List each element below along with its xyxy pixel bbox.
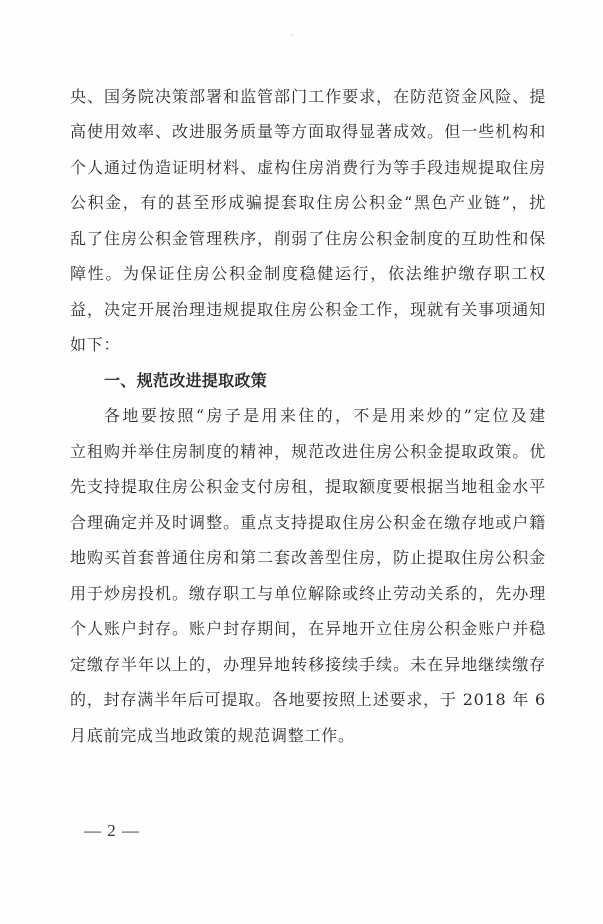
paragraph-line: 益，决定开展治理违规提取住房公积金工作，现就有关事项通知 (70, 298, 546, 322)
paragraph-line-indented: 各地要按照“房子是用来住的，不是用来炒的”定位及建 (104, 404, 546, 428)
scan-speck (291, 34, 293, 36)
paragraph-line: 障性。为保证住房公积金制度稳健运行，依法维护缴存职工权 (70, 262, 546, 286)
paragraph-line: 月底前完成当地政策的规范调整工作。 (70, 724, 546, 748)
paragraph-line: 高使用效率、改进服务质量等方面取得显著成效。但一些机构和 (70, 120, 546, 144)
paragraph-line: 央、国务院决策部署和监管部门工作要求，在防范资金风险、提 (70, 85, 546, 109)
paragraph-line: 公积金，有的甚至形成骗提套取住房公积金“黑色产业链”，扰 (70, 191, 546, 215)
paragraph-line: 立租购并举住房制度的精神，规范改进住房公积金提取政策。优 (70, 440, 546, 464)
paragraph-line: 乱了住房公积金管理秩序，削弱了住房公积金制度的互助性和保 (70, 227, 546, 251)
paragraph-line: 的，封存满半年后可提取。各地要按照上述要求，于 2018 年 6 (70, 688, 546, 712)
document-page: 央、国务院决策部署和监管部门工作要求，在防范资金风险、提 高使用效率、改进服务质… (0, 0, 603, 924)
paragraph-line: 如下： (70, 333, 546, 357)
paragraph-line: 用于炒房投机。缴存职工与单位解除或终止劳动关系的，先办理 (70, 582, 546, 606)
paragraph-line: 合理确定并及时调整。重点支持提取住房公积金在缴存地或户籍 (70, 511, 546, 535)
paragraph-line: 个人通过伪造证明材料、虚构住房消费行为等手段违规提取住房 (70, 156, 546, 180)
paragraph-line: 定缴存半年以上的，办理异地转移接续手续。未在异地继续缴存 (70, 653, 546, 677)
page-number: — 2 — (84, 819, 140, 843)
paragraph-line: 地购买首套普通住房和第二套改善型住房，防止提取住房公积金 (70, 546, 546, 570)
paragraph-line: 个人账户封存。账户封存期间，在异地开立住房公积金账户并稳 (70, 617, 546, 641)
section-heading: 一、规范改进提取政策 (104, 369, 304, 393)
paragraph-line: 先支持提取住房公积金支付房租，提取额度要根据当地租金水平 (70, 475, 546, 499)
